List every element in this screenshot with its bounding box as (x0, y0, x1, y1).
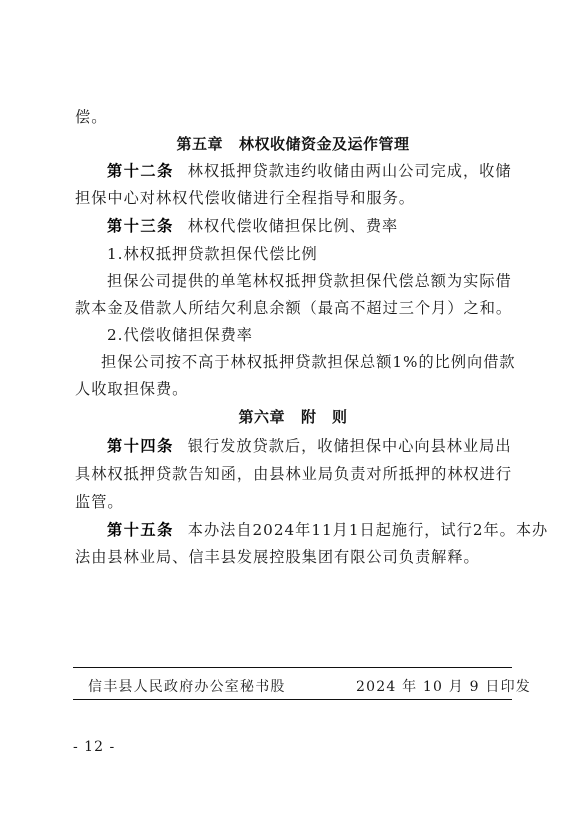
body-text: 人收取担保费。 (75, 380, 188, 398)
article-12-line-1: 第十二条林权抵押贷款违约收储由两山公司完成，收储 (75, 158, 511, 185)
body-text: 偿。 (75, 108, 107, 126)
body-text: 担保中心对林权代偿收储进行全程指导和服务。 (75, 189, 415, 207)
footer-bottom-rule (73, 699, 512, 700)
paragraph-continuation: 偿。 (75, 104, 511, 131)
article-12-line-2: 担保中心对林权代偿收储进行全程指导和服务。 (75, 185, 511, 212)
footer-date: 2024 年 10 月 9 日印发 (356, 675, 531, 699)
article-13-line-1: 第十三条林权代偿收储担保比例、费率 (75, 213, 511, 240)
article-label: 第十四条 (107, 437, 174, 455)
body-text: 法由县林业局、信丰县发展控股集团有限公司负责解释。 (75, 548, 480, 566)
article-14-line-2: 具林权抵押贷款告知函，由县林业局负责对所抵押的林权进行 (75, 461, 511, 488)
chapter-heading-6: 第六章附 则 (75, 404, 511, 431)
body-text: 银行发放贷款后，收储担保中心向县林业局出 (188, 437, 512, 455)
body-text: 担保公司提供的单笔林权抵押贷款担保代偿总额为实际借 (107, 272, 512, 290)
article-15-line-2: 法由县林业局、信丰县发展控股集团有限公司负责解释。 (75, 544, 511, 571)
article-14-line-1: 第十四条银行发放贷款后，收储担保中心向县林业局出 (75, 433, 511, 460)
subsection-2-line-1: 担保公司按不高于林权抵押贷款担保总额1%的比例向借款 (75, 349, 511, 376)
body-text: 监管。 (75, 493, 124, 511)
body-text: 本办法自2024年11月1日起施行，试行2年。本办 (188, 521, 549, 539)
subsection-2-line-2: 人收取担保费。 (75, 376, 511, 403)
article-15-line-1: 第十五条本办法自2024年11月1日起施行，试行2年。本办 (75, 517, 511, 544)
subsection-2-title: 2.代偿收储担保费率 (75, 322, 511, 349)
chapter-title: 附 则 (301, 408, 348, 426)
body-text: 具林权抵押贷款告知函，由县林业局负责对所抵押的林权进行 (75, 465, 512, 483)
body-text: 2.代偿收储担保费率 (107, 326, 253, 344)
chapter-number: 第六章 (238, 408, 285, 426)
chapter-heading-5: 第五章林权收储资金及运作管理 (75, 131, 511, 158)
footer-top-rule (73, 667, 512, 668)
body-text: 林权代偿收储担保比例、费率 (188, 217, 398, 235)
article-label: 第十二条 (107, 162, 174, 180)
chapter-number: 第五章 (176, 135, 223, 153)
article-label: 第十三条 (107, 217, 174, 235)
chapter-title: 林权收储资金及运作管理 (239, 135, 410, 153)
subsection-1-title: 1.林权抵押贷款担保代偿比例 (75, 241, 511, 268)
article-label: 第十五条 (107, 521, 174, 539)
subsection-1-line-1: 担保公司提供的单笔林权抵押贷款担保代偿总额为实际借 (75, 268, 511, 295)
article-14-line-3: 监管。 (75, 489, 511, 516)
body-text: 1.林权抵押贷款担保代偿比例 (107, 245, 318, 263)
body-text: 款本金及借款人所结欠利息余额（最高不超过三个月）之和。 (75, 299, 512, 317)
body-text: 担保公司按不高于林权抵押贷款担保总额1%的比例向借款 (101, 353, 516, 371)
subsection-1-line-2: 款本金及借款人所结欠利息余额（最高不超过三个月）之和。 (75, 295, 511, 322)
page-number: - 12 - (73, 737, 115, 757)
footer-issuer: 信丰县人民政府办公室秘书股 (88, 675, 286, 699)
document-page: 偿。 第五章林权收储资金及运作管理 第十二条林权抵押贷款违约收储由两山公司完成，… (0, 0, 582, 824)
body-text: 林权抵押贷款违约收储由两山公司完成，收储 (188, 162, 512, 180)
